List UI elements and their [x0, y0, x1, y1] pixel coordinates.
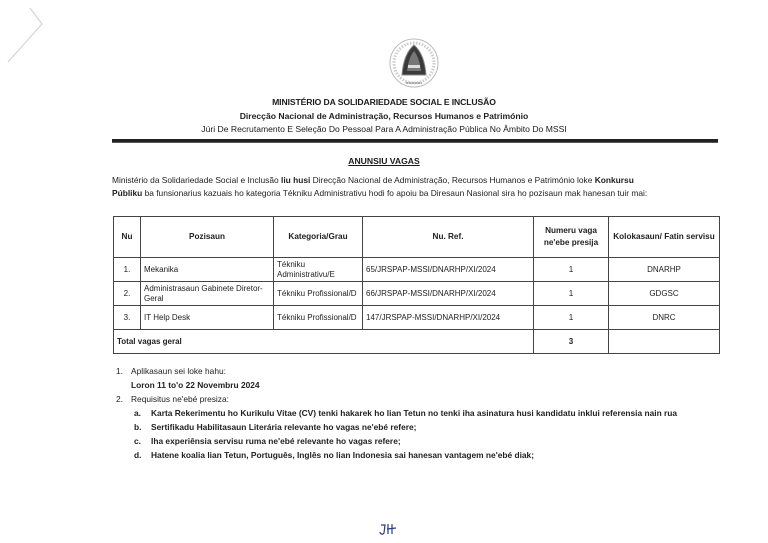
list-number: 2.	[116, 394, 130, 404]
cell-kolokasaun: DNARHP	[609, 258, 720, 282]
table-total-row: Total vagas geral 3	[114, 330, 720, 354]
intro-text-bold: Públiku	[112, 188, 142, 198]
cell-ref: 147/JRSPAP-MSSI/DNARHP/XI/2024	[363, 306, 534, 330]
column-header-kolokasaun: Kolokasaun/ Fatin servisu	[609, 217, 720, 258]
cell-numeru: 1	[534, 306, 609, 330]
intro-text-bold: Konkursu	[595, 175, 634, 185]
cell-kategoria: Tékniku Administrativu/E	[274, 258, 363, 282]
requirement-text: Iha experiênsia servisu ruma ne'ebé rele…	[151, 436, 401, 446]
list-number: 1.	[116, 366, 130, 376]
table-row: 3. IT Help Desk Tékniku Profissional/D 1…	[114, 306, 720, 330]
cell-ref: 65/JRSPAP-MSSI/DNARHP/XI/2024	[363, 258, 534, 282]
intro-text: ba funsionarius kazuais ho kategoria Ték…	[142, 188, 647, 198]
intro-text: Direcção Nacional de Administração, Recu…	[310, 175, 594, 185]
list-item-label: Requisitus ne'ebé presiza:	[131, 394, 229, 404]
requirement-letter: b.	[134, 422, 141, 432]
jury-name: Júri De Recrutamento E Seleção Do Pessoa…	[0, 124, 768, 134]
cell-kategoria: Tékniku Profissional/D	[274, 306, 363, 330]
requirement-letter: c.	[134, 436, 141, 446]
column-header-ref: Nu. Ref.	[363, 217, 534, 258]
cell-numeru: 1	[534, 258, 609, 282]
total-label: Total vagas geral	[114, 330, 534, 354]
directorate-name: Direcção Nacional de Administração, Recu…	[0, 111, 768, 121]
cell-nu: 1.	[114, 258, 141, 282]
table-header-row: Nu Pozisaun Kategoria/Grau Nu. Ref. Nume…	[114, 217, 720, 258]
requirement-letter: d.	[134, 450, 141, 460]
cell-kategoria: Tékniku Profissional/D	[274, 282, 363, 306]
table-row: 2. Administrasaun Gabinete Diretor-Geral…	[114, 282, 720, 306]
national-emblem-icon	[388, 37, 440, 95]
cell-pozisaun: Mekanika	[141, 258, 274, 282]
cell-ref: 66/JRSPAP-MSSI/DNARHP/XI/2024	[363, 282, 534, 306]
vacancies-table: Nu Pozisaun Kategoria/Grau Nu. Ref. Nume…	[113, 216, 720, 354]
cell-pozisaun: Administrasaun Gabinete Diretor-Geral	[141, 282, 274, 306]
cell-kolokasaun: GDGSC	[609, 282, 720, 306]
application-period: Loron 11 to'o 22 Novembru 2024	[131, 380, 260, 390]
list-item-label: Aplikasaun sei loke hahu:	[131, 366, 226, 376]
cell-kolokasaun: DNRC	[609, 306, 720, 330]
cell-nu: 2.	[114, 282, 141, 306]
header-divider	[112, 139, 718, 143]
page-fold-mark-icon	[0, 0, 50, 70]
table-row: 1. Mekanika Tékniku Administrativu/E 65/…	[114, 258, 720, 282]
initials-signature-icon	[378, 522, 398, 536]
requirement-text: Hatene koalia lian Tetun, Português, Ing…	[151, 450, 534, 460]
requirement-text: Karta Rekerimentu ho Kurikulu Vitae (CV)…	[151, 408, 677, 418]
column-header-pozisaun: Pozisaun	[141, 217, 274, 258]
total-empty-cell	[609, 330, 720, 354]
total-value: 3	[534, 330, 609, 354]
ministry-name: MINISTÉRIO DA SOLIDARIEDADE SOCIAL E INC…	[0, 97, 768, 107]
cell-pozisaun: IT Help Desk	[141, 306, 274, 330]
cell-nu: 3.	[114, 306, 141, 330]
column-header-numeru: Numeru vaga ne'ebe presija	[534, 217, 609, 258]
cell-numeru: 1	[534, 282, 609, 306]
intro-text-bold: liu husi	[281, 175, 310, 185]
page-title: ANUNSIU VAGAS	[0, 156, 768, 166]
requirement-text: Sertifikadu Habilitasaun Literária relev…	[151, 422, 416, 432]
intro-paragraph: Ministério da Solidariedade Social e Inc…	[112, 174, 720, 199]
requirement-letter: a.	[134, 408, 141, 418]
column-header-kategoria: Kategoria/Grau	[274, 217, 363, 258]
intro-text: Ministério da Solidariedade Social e Inc…	[112, 175, 281, 185]
column-header-nu: Nu	[114, 217, 141, 258]
